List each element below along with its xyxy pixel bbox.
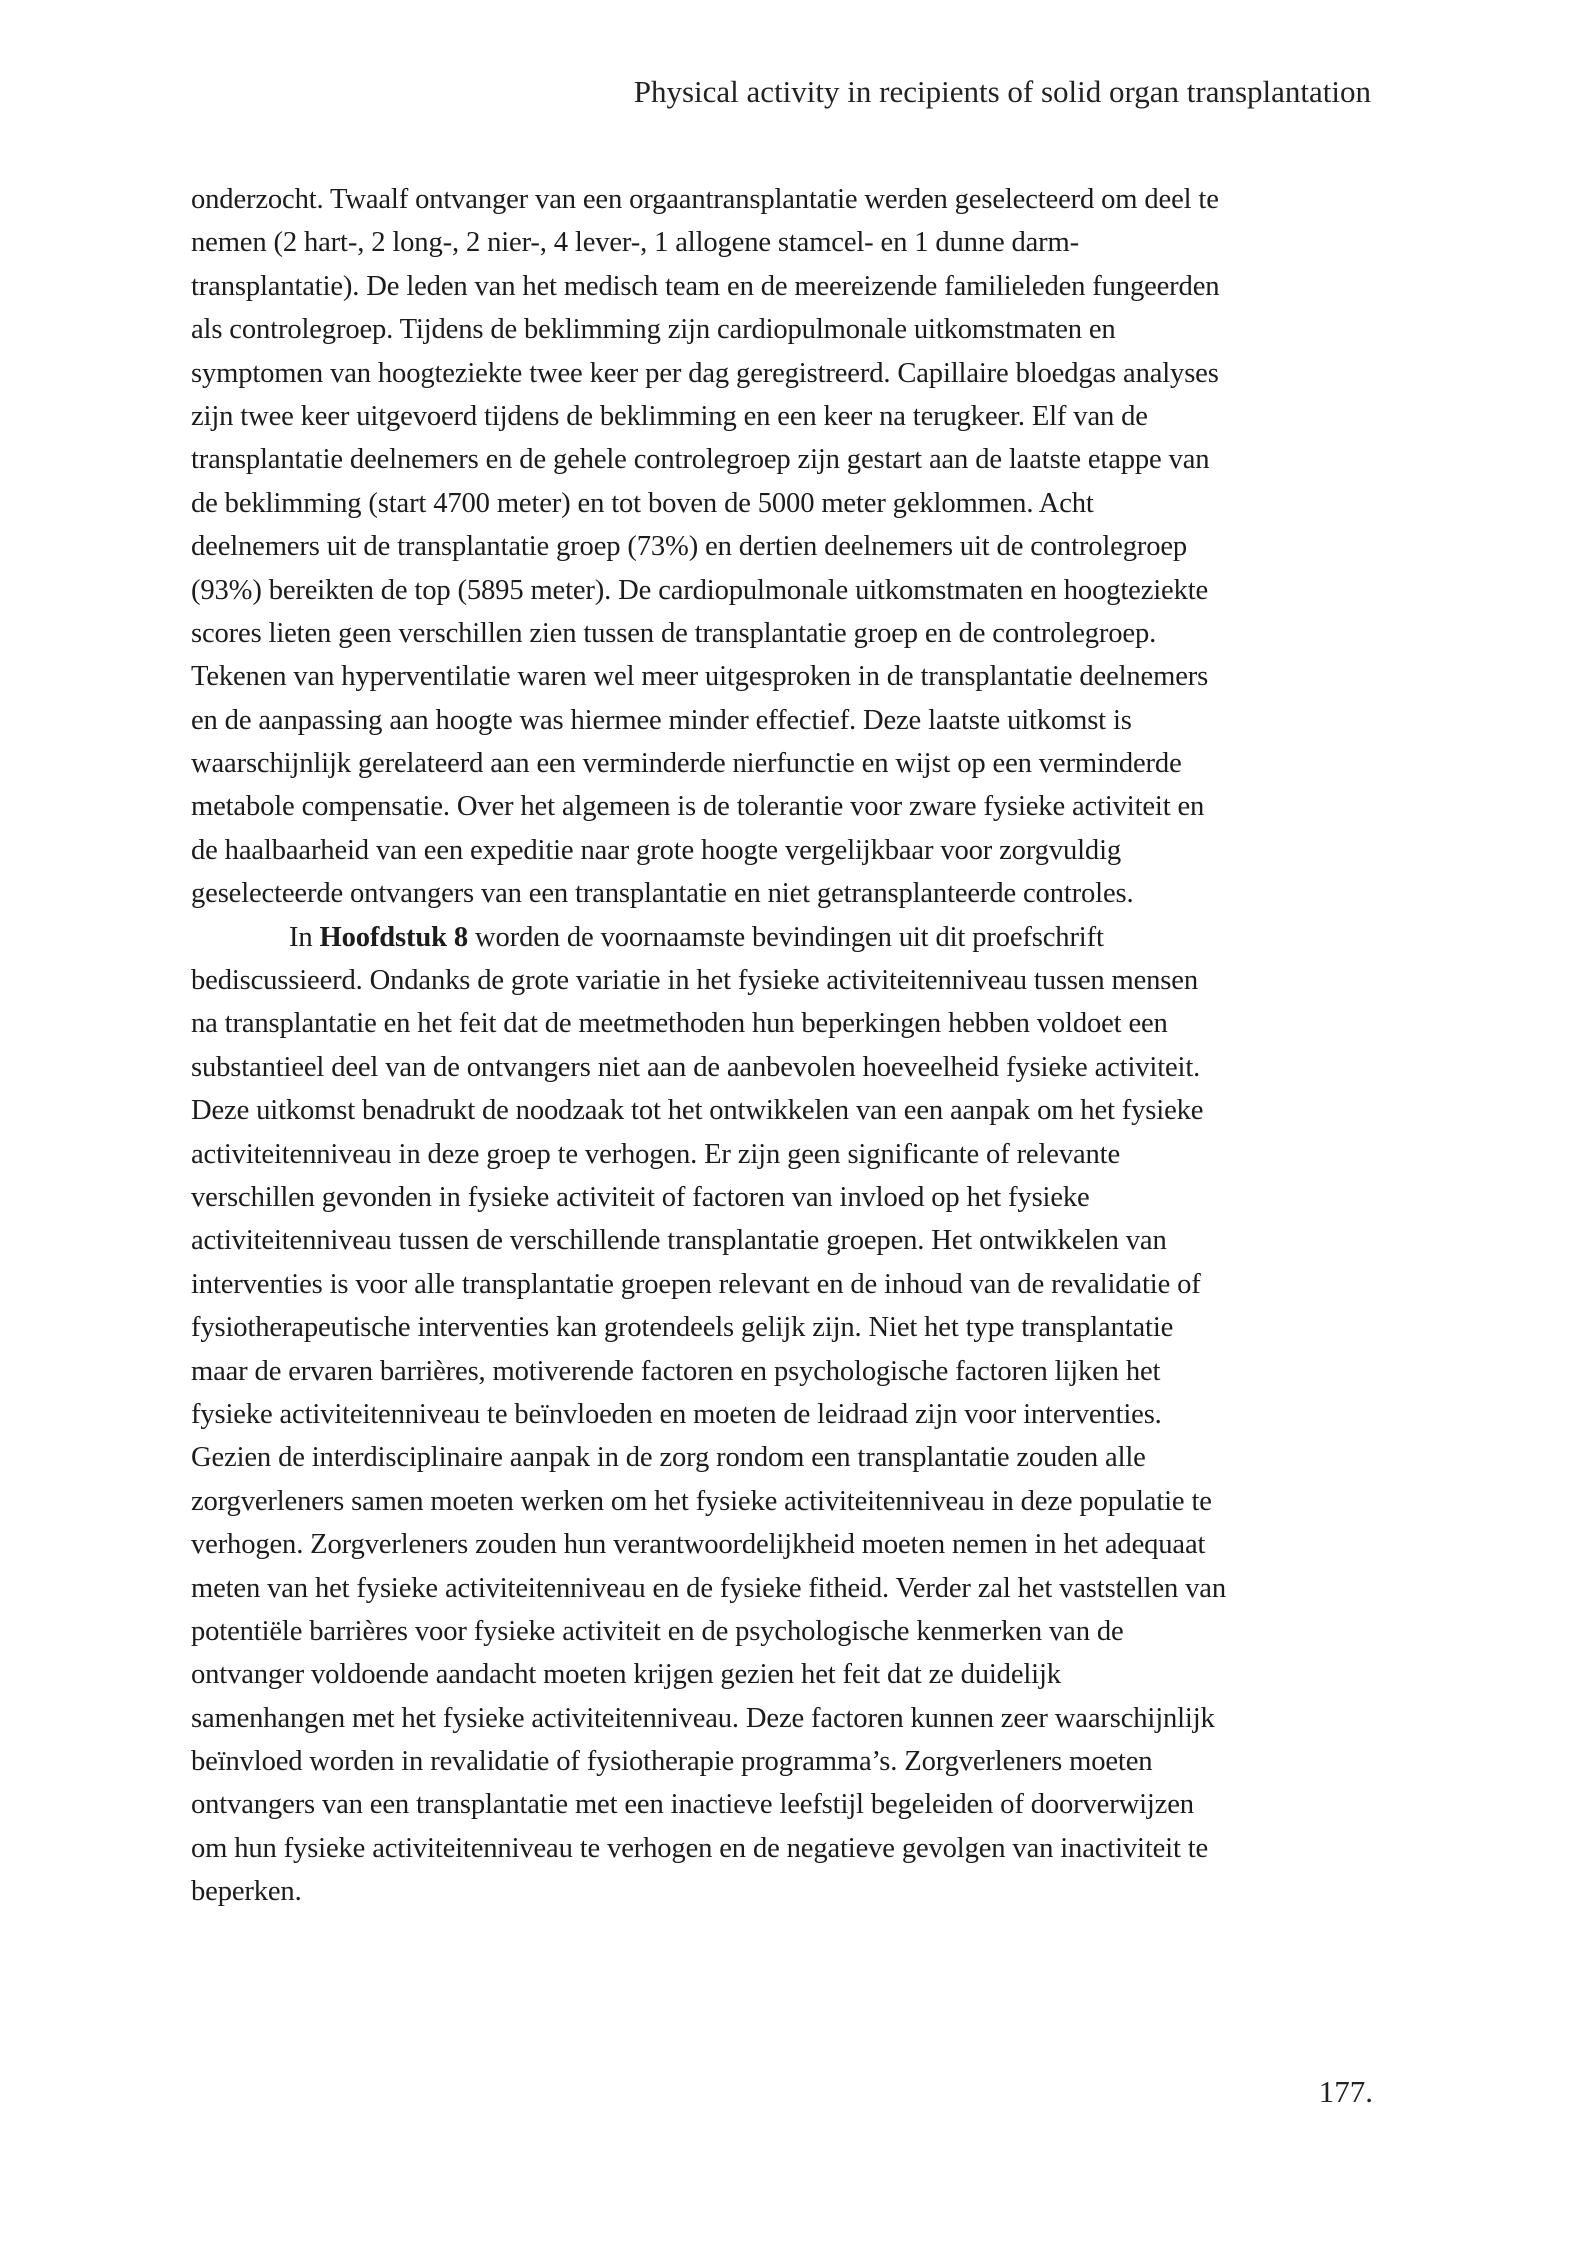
text-line: potentiële barrières voor fysieke activi… <box>191 1610 1391 1653</box>
text-line: Gezien de interdisciplinaire aanpak in d… <box>191 1436 1391 1479</box>
text-line: scores lieten geen verschillen zien tuss… <box>191 612 1391 655</box>
text-line: fysiotherapeutische interventies kan gro… <box>191 1306 1391 1349</box>
body-text: onderzocht. Twaalf ontvanger van een org… <box>191 178 1391 1914</box>
text-line: (93%) bereikten de top (5895 meter). De … <box>191 569 1391 612</box>
text-line: maar de ervaren barrières, motiverende f… <box>191 1350 1391 1393</box>
text-line: substantieel deel van de ontvangers niet… <box>191 1046 1391 1089</box>
text-line: activiteitenniveau tussen de verschillen… <box>191 1219 1391 1262</box>
text-line: metabole compensatie. Over het algemeen … <box>191 785 1391 828</box>
text-line: zijn twee keer uitgevoerd tijdens de bek… <box>191 395 1391 438</box>
text-line: verhogen. Zorgverleners zouden hun veran… <box>191 1523 1391 1566</box>
text-line: beperken. <box>191 1870 1391 1913</box>
text-line: deelnemers uit de transplantatie groep (… <box>191 525 1391 568</box>
text-line: na transplantatie en het feit dat de mee… <box>191 1002 1391 1045</box>
paragraph-1: onderzocht. Twaalf ontvanger van een org… <box>191 178 1391 916</box>
text-line: waarschijnlijk gerelateerd aan een vermi… <box>191 742 1391 785</box>
text-prefix: In <box>289 922 320 953</box>
text-suffix: worden de voornaamste bevindingen uit di… <box>468 922 1104 953</box>
text-line: symptomen van hoogteziekte twee keer per… <box>191 352 1391 395</box>
text-line: als controlegroep. Tijdens de beklimming… <box>191 308 1391 351</box>
text-line: ontvanger voldoende aandacht moeten krij… <box>191 1653 1391 1696</box>
text-line: verschillen gevonden in fysieke activite… <box>191 1176 1391 1219</box>
text-line: de beklimming (start 4700 meter) en tot … <box>191 482 1391 525</box>
text-line: en de aanpassing aan hoogte was hiermee … <box>191 699 1391 742</box>
paragraph-2-first-line: In Hoofdstuk 8 worden de voornaamste bev… <box>191 916 1391 959</box>
text-line: fysieke activiteitenniveau te beïnvloede… <box>191 1393 1391 1436</box>
text-line: de haalbaarheid van een expeditie naar g… <box>191 829 1391 872</box>
text-line: interventies is voor alle transplantatie… <box>191 1263 1391 1306</box>
text-line: bediscussieerd. Ondanks de grote variati… <box>191 959 1391 1002</box>
text-line: beïnvloed worden in revalidatie of fysio… <box>191 1740 1391 1783</box>
chapter-reference: Hoofdstuk 8 <box>320 922 469 953</box>
text-line: transplantatie deelnemers en de gehele c… <box>191 438 1391 481</box>
paragraph-2: In Hoofdstuk 8 worden de voornaamste bev… <box>191 916 1391 1914</box>
text-line: geselecteerde ontvangers van een transpl… <box>191 872 1391 915</box>
text-line: Tekenen van hyperventilatie waren wel me… <box>191 655 1391 698</box>
text-line: zorgverleners samen moeten werken om het… <box>191 1480 1391 1523</box>
text-line: samenhangen met het fysieke activiteiten… <box>191 1697 1391 1740</box>
text-line: activiteitenniveau in deze groep te verh… <box>191 1133 1391 1176</box>
text-line: ontvangers van een transplantatie met ee… <box>191 1783 1391 1826</box>
text-line: om hun fysieke activiteitenniveau te ver… <box>191 1827 1391 1870</box>
text-line: nemen (2 hart-, 2 long-, 2 nier-, 4 leve… <box>191 221 1391 264</box>
page-number: 177. <box>1319 2072 1373 2112</box>
running-header: Physical activity in recipients of solid… <box>634 72 1371 112</box>
text-line: onderzocht. Twaalf ontvanger van een org… <box>191 178 1391 221</box>
text-line: meten van het fysieke activiteitenniveau… <box>191 1567 1391 1610</box>
text-line: Deze uitkomst benadrukt de noodzaak tot … <box>191 1089 1391 1132</box>
text-line: transplantatie). De leden van het medisc… <box>191 265 1391 308</box>
